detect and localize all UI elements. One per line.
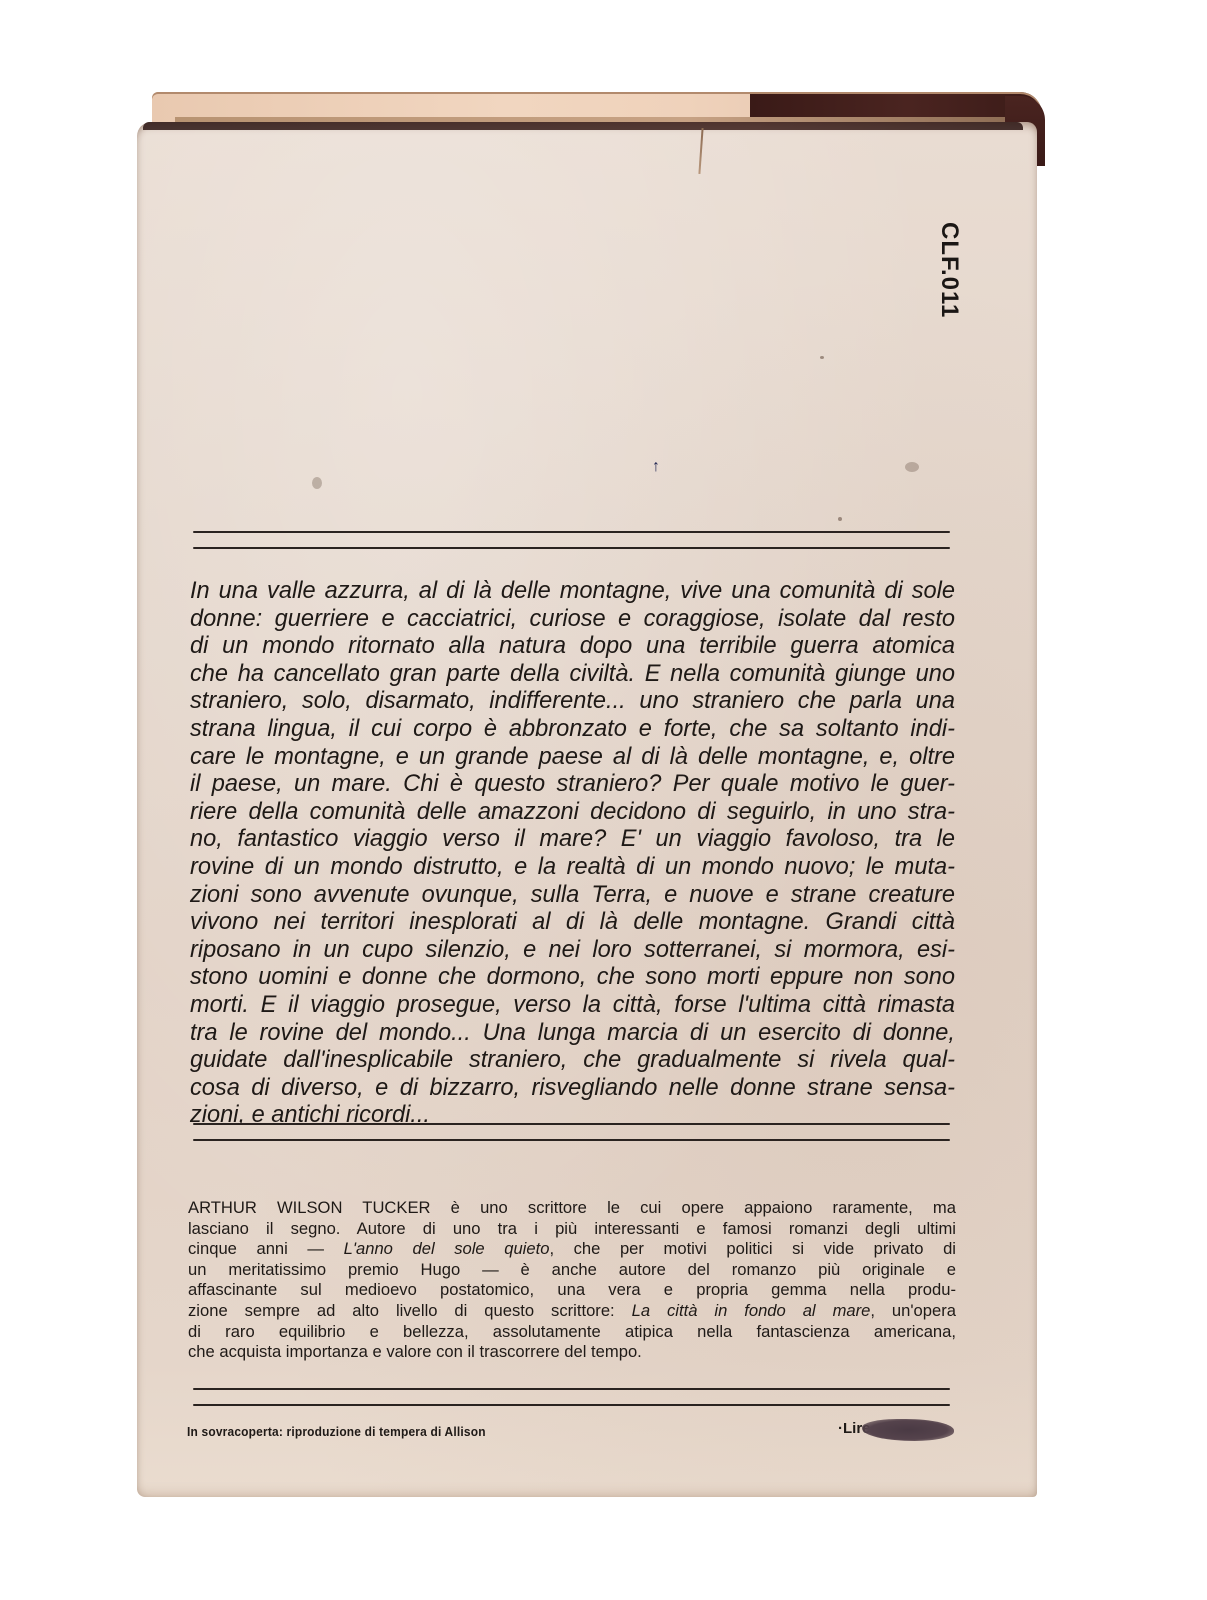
bio-line: lasciano il segno. Autore di uno tra i p… — [188, 1219, 956, 1240]
synopsis-line: di un mondo ritornato alla natura dopo u… — [190, 633, 955, 661]
synopsis-line: guidate dall'inesplicabile straniero, ch… — [190, 1047, 955, 1075]
bio-line: ARTHUR WILSON TUCKER è uno scrittore le … — [188, 1198, 956, 1219]
wear-speck — [838, 517, 842, 521]
bio-text: , un'opera — [870, 1301, 956, 1320]
divider-middle — [193, 1123, 950, 1141]
bio-text: , che per motivi politici si vide privat… — [549, 1239, 956, 1258]
synopsis-line: che ha cancellato gran parte della civil… — [190, 661, 955, 689]
synopsis-line: stono uomini e donne che dormono, che so… — [190, 964, 955, 992]
bio-line: cinque anni — L'anno del sole quieto, ch… — [188, 1239, 956, 1260]
bio-text: zione sempre ad alto livello di questo s… — [188, 1301, 632, 1320]
synopsis-line: In una valle azzurra, al di là delle mon… — [190, 578, 955, 606]
bio-line: che acquista importanza e valore con il … — [188, 1342, 956, 1363]
divider-line — [193, 531, 950, 533]
jacket-top-edge — [143, 122, 1023, 130]
synopsis-line: no, fantastico viaggio verso il mare? E'… — [190, 826, 955, 854]
synopsis-line: tra le rovine del mondo... Una lunga mar… — [190, 1020, 955, 1048]
bio-line: zione sempre ad alto livello di questo s… — [188, 1301, 956, 1322]
synopsis-line: il paese, un mare. Chi è questo stranier… — [190, 771, 955, 799]
book-title-anno-del-sole-quieto: L'anno del sole quieto — [344, 1239, 550, 1258]
divider-line — [193, 1123, 950, 1125]
bio-line: un meritatissimo premio Hugo — è anche a… — [188, 1260, 956, 1281]
synopsis-line: donne: guerriere e cacciatrici, curiose … — [190, 606, 955, 634]
wear-speck — [312, 477, 322, 489]
divider-top — [193, 531, 950, 549]
bio-text: cinque anni — — [188, 1239, 344, 1258]
synopsis-line: riposano in un cupo silenzio, e nei loro… — [190, 937, 955, 965]
synopsis-line: vivono nei territori inesplorati al di l… — [190, 909, 955, 937]
synopsis-line: care le montagne, e un grande paese al d… — [190, 744, 955, 772]
divider-line — [193, 1388, 950, 1390]
divider-bottom — [193, 1388, 950, 1406]
author-bio: ARTHUR WILSON TUCKER è uno scrittore le … — [188, 1198, 956, 1363]
wear-speck — [820, 356, 824, 359]
cover-art-credit: In sovracoperta: riproduzione di tempera… — [187, 1424, 486, 1439]
ink-mark: ↑ — [652, 458, 660, 476]
synopsis-line: morti. E il viaggio prosegue, verso la c… — [190, 992, 955, 1020]
synopsis-line: strana lingua, il cui corpo è abbronzato… — [190, 716, 955, 744]
catalog-code: CLF.011 — [883, 222, 963, 302]
synopsis-line: rovine di un mondo distrutto, e la realt… — [190, 854, 955, 882]
bio-line: di raro equilibrio e bellezza, assolutam… — [188, 1322, 956, 1343]
synopsis-line: riere della comunità delle amazzoni deci… — [190, 799, 955, 827]
divider-line — [193, 547, 950, 549]
synopsis-line: cosa di diverso, e di bizzarro, risvegli… — [190, 1075, 955, 1103]
wear-speck — [905, 462, 919, 472]
bio-line: affascinante sul medioevo postatomico, u… — [188, 1280, 956, 1301]
divider-line — [193, 1404, 950, 1406]
synopsis-line: straniero, solo, disarmato, indifferente… — [190, 688, 955, 716]
book-title-citta-in-fondo-al-mare: La città in fondo al mare — [632, 1301, 871, 1320]
synopsis: In una valle azzurra, al di là delle mon… — [190, 578, 955, 1130]
divider-line — [193, 1139, 950, 1141]
synopsis-line: zioni sono avvenute ovunque, sulla Terra… — [190, 882, 955, 910]
